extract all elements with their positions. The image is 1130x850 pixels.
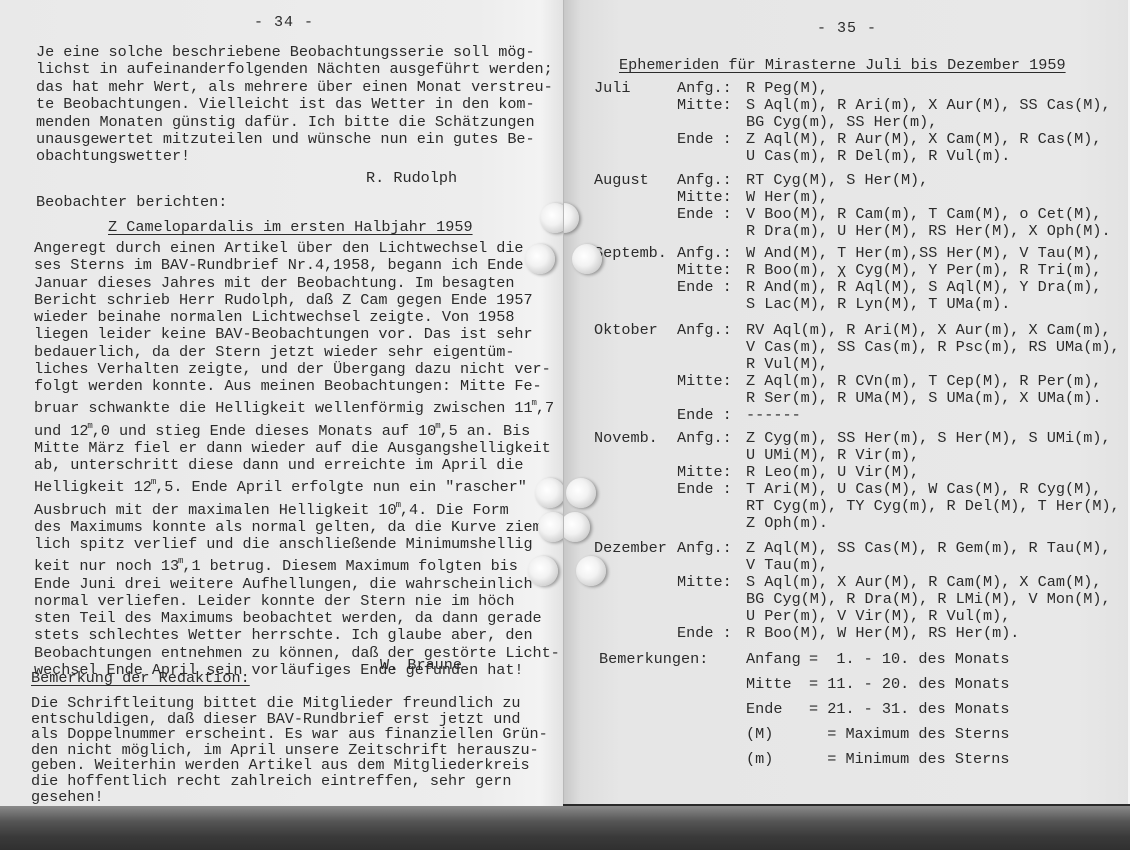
month-label: Septemb. (594, 245, 667, 262)
remark-key: Anfang (746, 650, 801, 668)
text-line: bedauerlich, da der Stern jetzt wieder s… (34, 344, 560, 361)
text-line: gesehen! (31, 790, 548, 806)
editor-note: Die Schriftleitung bittet die Mitglieder… (31, 696, 548, 805)
star-list: U Cas(m), R Del(m), R Vul(m). (746, 148, 1010, 165)
scanner-shadow (0, 806, 1130, 850)
period-label: Anfg.: (677, 540, 732, 557)
text-line: ses Sterns im BAV-Rundbrief Nr.4,1958, b… (34, 257, 560, 274)
star-list: V Cas(m), SS Cas(m), R Psc(m), RS UMa(m)… (746, 339, 1120, 356)
page-number: - 34 - (254, 14, 314, 31)
star-list: R Leo(m), U Vir(M), (746, 464, 919, 481)
period-label: Anfg.: (677, 80, 732, 97)
scanned-spread: - 34 - Je eine solche beschriebene Beoba… (0, 0, 1130, 850)
period-label: Mitte: (677, 464, 732, 481)
period-label: Mitte: (677, 262, 732, 279)
punch-hole (528, 556, 558, 586)
page-34: - 34 - Je eine solche beschriebene Beoba… (0, 0, 563, 806)
star-list: W And(M), T Her(m),SS Her(M), V Tau(M), (746, 245, 1101, 262)
remark-key: Mitte (746, 675, 792, 693)
article-title: Z Camelopardalis im ersten Halbjahr 1959 (108, 218, 473, 236)
punch-hole (572, 244, 602, 274)
text-line: Ausbruch mit der maximalen Helligkeit 10… (34, 497, 560, 519)
punch-hole (566, 478, 596, 508)
punch-hole (563, 203, 579, 233)
star-list: T Ari(M), U Cas(M), W Cas(M), R Cyg(M), (746, 481, 1101, 498)
remark-key: (m) (746, 750, 773, 768)
star-list: BG Cyg(M), R Dra(M), R LMi(M), V Mon(M), (746, 591, 1111, 608)
article-body: Angeregt durch einen Artikel über den Li… (34, 240, 560, 679)
text-line: normal verliefen. Leider konnte der Ster… (34, 593, 560, 610)
period-label: Ende : (677, 407, 732, 424)
article-signature: W. Braune (380, 656, 462, 674)
period-label: Ende : (677, 481, 732, 498)
text-line: das hat mehr Wert, als mehrere über eine… (36, 79, 553, 96)
ephemerides-title: Ephemeriden für Mirasterne Juli bis Deze… (619, 56, 1066, 74)
page-number: - 35 - (817, 20, 877, 37)
text-line: liches Verhalten zeigte, und der Übergan… (34, 361, 560, 378)
star-list: S Lac(M), R Lyn(M), T UMa(m). (746, 296, 1010, 313)
star-list: RT Cyg(M), S Her(M), (746, 172, 928, 189)
text-line: folgt werden konnte. Aus meinen Beobacht… (34, 378, 560, 395)
star-list: S Aql(m), R Ari(m), X Aur(M), SS Cas(M), (746, 97, 1111, 114)
star-list: Z Aql(M), SS Cas(M), R Gem(m), R Tau(M), (746, 540, 1111, 557)
month-label: Juli (594, 80, 630, 97)
remark-key: (M) (746, 725, 773, 743)
period-label: Mitte: (677, 97, 732, 114)
period-label: Anfg.: (677, 245, 732, 262)
remark-value: = 11. - 20. des Monats (809, 675, 1010, 693)
remarks-label: Bemerkungen: (599, 650, 708, 668)
text-line: Bericht schrieb Herr Rudolph, daß Z Cam … (34, 292, 560, 309)
text-line: te Beobachtungen. Vielleicht ist das Wet… (36, 96, 553, 113)
text-line: wieder beinahe normalen Lichtwechsel zei… (34, 309, 560, 326)
star-list: RV Aql(m), R Ari(M), X Aur(m), X Cam(m), (746, 322, 1111, 339)
star-list: Z Oph(m). (746, 515, 828, 532)
text-line: Je eine solche beschriebene Beobachtungs… (36, 44, 553, 61)
remark-value: = Maximum des Sterns (809, 725, 1010, 743)
star-list: R Vul(M), (746, 356, 828, 373)
star-list: R Peg(M), (746, 80, 828, 97)
month-label: August (594, 172, 649, 189)
period-label: Anfg.: (677, 430, 732, 447)
text-line: menden Monaten günstig dafür. Ich bitte … (36, 114, 553, 131)
intro-paragraph: Je eine solche beschriebene Beobachtungs… (36, 44, 553, 166)
text-line: ab, unterschritt diese dann und erreicht… (34, 457, 560, 474)
period-label: Anfg.: (677, 172, 732, 189)
star-list: R Boo(m), χ Cyg(M), Y Per(m), R Tri(m), (746, 262, 1101, 279)
punch-hole (540, 203, 563, 233)
star-list: U UMi(M), R Vir(m), (746, 447, 919, 464)
star-list: S Aql(m), X Aur(M), R Cam(M), X Cam(M), (746, 574, 1101, 591)
text-line: Januar dieses Jahres mit der Beobachtung… (34, 275, 560, 292)
text-line: Helligkeit 12m,5. Ende April erfolgte nu… (34, 474, 560, 496)
section-label: Beobachter berichten: (36, 193, 227, 211)
star-list: R Dra(m), U Her(M), RS Her(M), X Oph(M). (746, 223, 1111, 240)
text-line: unausgewertet mitzuteilen und wünsche nu… (36, 131, 553, 148)
star-list: W Her(m), (746, 189, 828, 206)
text-line: liegen leider keine BAV-Beobachtungen vo… (34, 326, 560, 343)
period-label: Mitte: (677, 574, 732, 591)
month-label: Novemb. (594, 430, 658, 447)
text-line: lichst in aufeinanderfolgenden Nächten a… (36, 61, 553, 78)
star-list: R Ser(m), R UMa(M), S UMa(m), X UMa(m). (746, 390, 1101, 407)
text-line: sten Teil des Maximums beobachtet werden… (34, 610, 560, 627)
punch-hole (563, 512, 590, 542)
period-label: Ende : (677, 206, 732, 223)
month-label: Oktober (594, 322, 658, 339)
editor-heading: Bemerkung der Redaktion: (31, 669, 250, 687)
period-label: Mitte: (677, 373, 732, 390)
star-list: ------ (746, 407, 801, 424)
text-line: bruar schwankte die Helligkeit wellenför… (34, 395, 560, 417)
remark-value: = Minimum des Sterns (809, 750, 1010, 768)
period-label: Ende : (677, 131, 732, 148)
star-list: RT Cyg(m), TY Cyg(m), R Del(M), T Her(M)… (746, 498, 1120, 515)
star-list: Z Aql(m), R CVn(m), T Cep(M), R Per(m), (746, 373, 1101, 390)
text-line: des Maximums konnte als normal gelten, d… (34, 519, 560, 536)
period-label: Ende : (677, 625, 732, 642)
star-list: R Boo(M), W Her(M), RS Her(m). (746, 625, 1019, 642)
text-line: und 12m,0 und stieg Ende dieses Monats a… (34, 418, 560, 440)
remark-value: = 1. - 10. des Monats (809, 650, 1010, 668)
punch-hole (538, 512, 563, 542)
punch-hole (576, 556, 606, 586)
punch-hole (525, 244, 555, 274)
text-line: obachtungswetter! (36, 148, 553, 165)
punch-hole (535, 478, 563, 508)
page-35: - 35 - Ephemeriden für Mirasterne Juli b… (563, 0, 1130, 804)
text-line: lich spitz verlief und die anschließende… (34, 536, 560, 553)
period-label: Mitte: (677, 189, 732, 206)
month-label: Dezember (594, 540, 667, 557)
text-line: Ende Juni drei weitere Aufhellungen, die… (34, 576, 560, 593)
star-list: Z Aql(M), R Aur(M), X Cam(M), R Cas(M), (746, 131, 1101, 148)
text-line: die hoffentlich recht zahlreich eintreff… (31, 774, 548, 790)
period-label: Ende : (677, 279, 732, 296)
text-line: Beobachtungen entnehmen zu können, daß d… (34, 645, 560, 662)
star-list: U Per(m), V Vir(M), R Vul(m), (746, 608, 1010, 625)
star-list: V Boo(M), R Cam(m), T Cam(M), o Cet(M), (746, 206, 1101, 223)
text-line: keit nur noch 13m,1 betrug. Diesem Maxim… (34, 553, 560, 575)
star-list: BG Cyg(m), SS Her(m), (746, 114, 937, 131)
intro-signature: R. Rudolph (366, 169, 457, 187)
star-list: V Tau(m), (746, 557, 828, 574)
remark-key: Ende (746, 700, 782, 718)
star-list: Z Cyg(m), SS Her(m), S Her(M), S UMi(m), (746, 430, 1111, 447)
star-list: R And(m), R Aql(M), S Aql(M), Y Dra(m), (746, 279, 1101, 296)
text-line: Mitte März fiel er dann wieder auf die A… (34, 440, 560, 457)
text-line: Angeregt durch einen Artikel über den Li… (34, 240, 560, 257)
period-label: Anfg.: (677, 322, 732, 339)
remark-value: = 21. - 31. des Monats (809, 700, 1010, 718)
text-line: stets schlechtes Wetter herrschte. Ich g… (34, 627, 560, 644)
